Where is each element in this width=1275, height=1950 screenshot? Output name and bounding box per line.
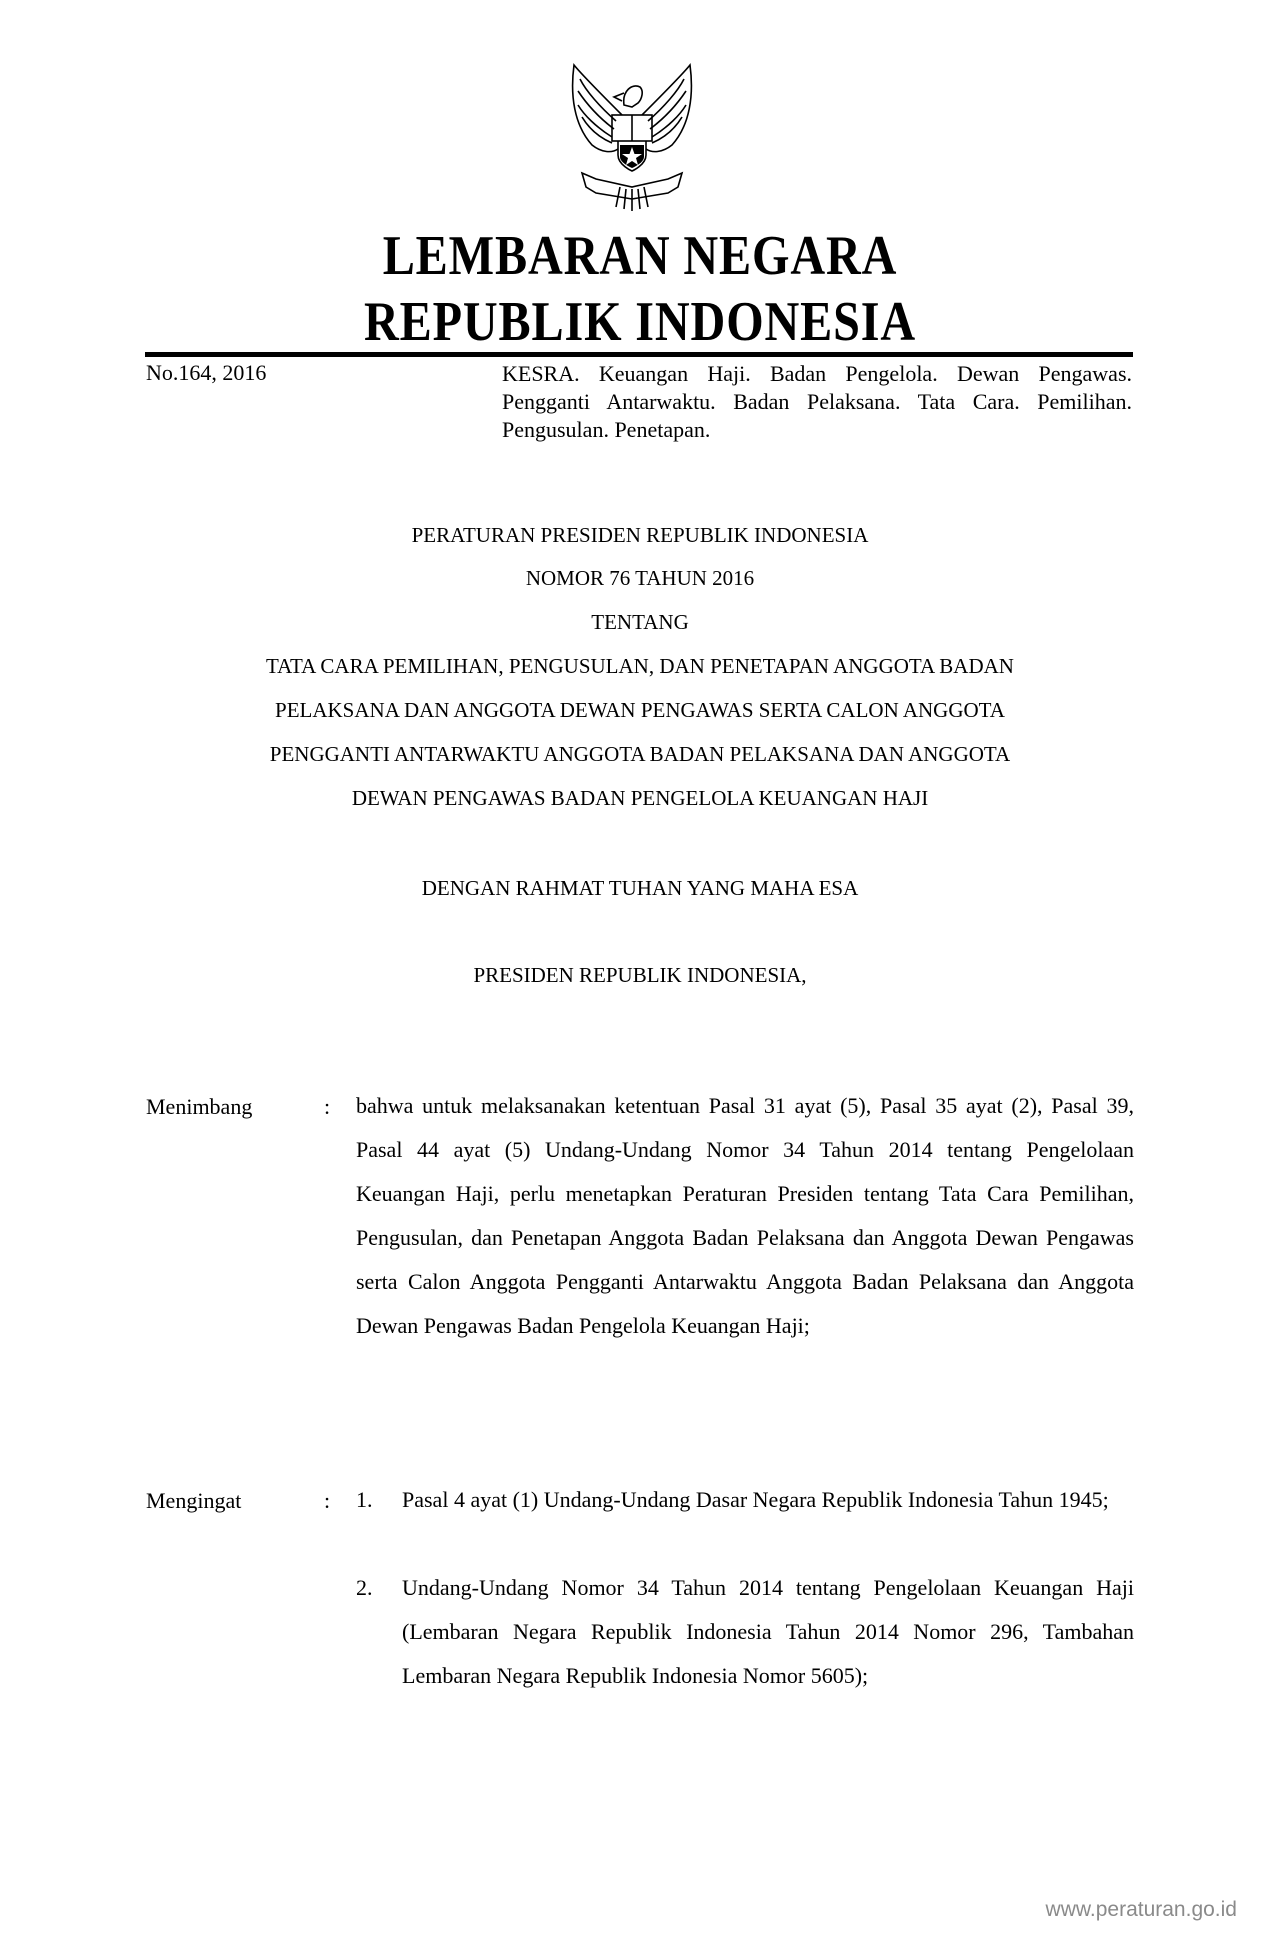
menimbang-text: bahwa untuk melaksanakan ketentuan Pasal… [356,1084,1134,1348]
garuda-emblem-icon [552,55,712,215]
gazette-number: No.164, 2016 [146,360,266,386]
menimbang-label: Menimbang [146,1094,252,1120]
mengingat-label: Mengingat [146,1488,241,1514]
regulation-title-line: DEWAN PENGAWAS BADAN PENGELOLA KEUANGAN … [145,786,1135,810]
issuer: PRESIDEN REPUBLIK INDONESIA, [145,963,1135,987]
mengingat-colon: : [324,1488,330,1514]
masthead-title-line1: LEMBARAN NEGARA [214,226,1065,286]
gazette-summary: KESRA. Keuangan Haji. Badan Pengelola. D… [502,360,1132,444]
regulation-number: NOMOR 76 TAHUN 2016 [145,566,1135,590]
mengingat-list: 1. Pasal 4 ayat (1) Undang-Undang Dasar … [356,1478,1134,1778]
mengingat-item-number: 1. [356,1478,373,1522]
masthead-title-line2: REPUBLIK INDONESIA [214,292,1065,352]
website-watermark: www.peraturan.go.id [1046,1898,1237,1922]
regulation-title-line: TATA CARA PEMILIHAN, PENGUSULAN, DAN PEN… [145,654,1135,678]
mengingat-item-text: Pasal 4 ayat (1) Undang-Undang Dasar Neg… [402,1478,1134,1522]
regulation-type: PERATURAN PRESIDEN REPUBLIK INDONESIA [145,523,1135,547]
invocation: DENGAN RAHMAT TUHAN YANG MAHA ESA [145,876,1135,900]
masthead-rule-divider [145,352,1133,357]
regulation-title-line: PELAKSANA DAN ANGGOTA DEWAN PENGAWAS SER… [145,698,1135,722]
menimbang-colon: : [324,1094,330,1120]
mengingat-item-number: 2. [356,1566,373,1610]
regulation-title-line: PENGGANTI ANTARWAKTU ANGGOTA BADAN PELAK… [145,742,1135,766]
mengingat-item-text: Undang-Undang Nomor 34 Tahun 2014 tentan… [402,1566,1134,1698]
regulation-about-label: TENTANG [145,610,1135,634]
